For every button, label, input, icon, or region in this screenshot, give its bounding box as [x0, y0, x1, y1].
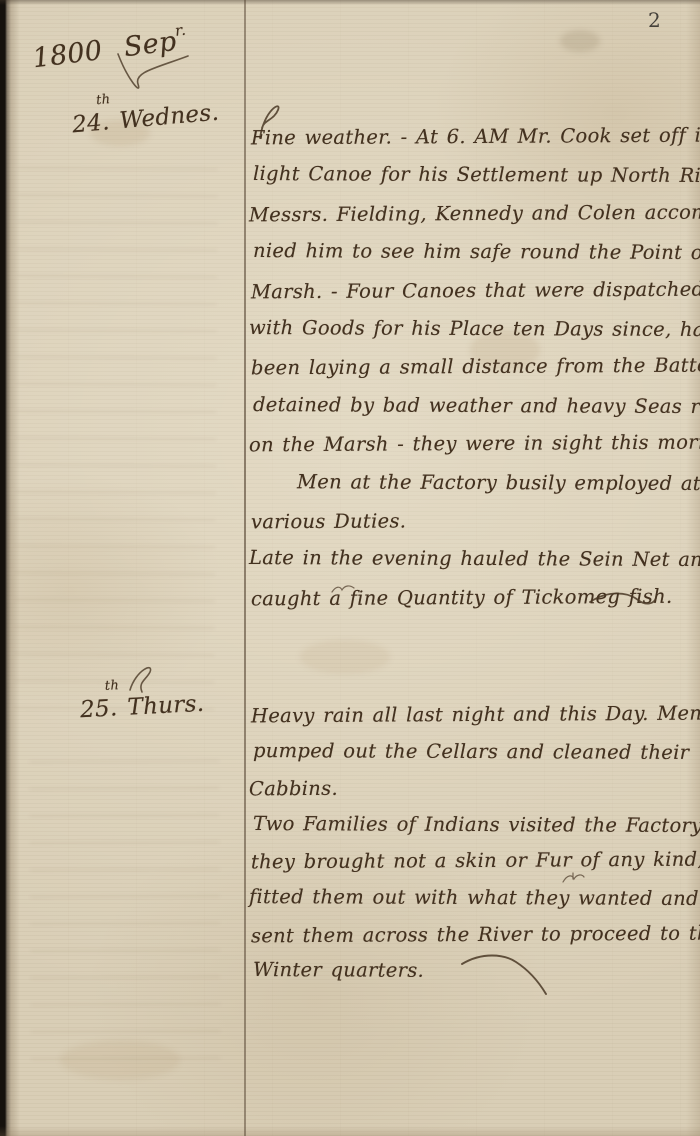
year-text: 1800 — [31, 35, 104, 74]
entry-line: Late in the evening hauled the Sein Net … — [249, 539, 697, 579]
entry-line: been laying a small distance from the Ba… — [251, 347, 697, 388]
page-top-edge — [0, 0, 700, 5]
entry-line: light Canoe for his Settlement up North … — [253, 155, 697, 195]
margin-rule-line — [244, 0, 246, 1136]
day-suffix: th — [104, 678, 119, 694]
entry-line: sent them across the River to proceed to… — [251, 915, 697, 954]
entry-line: caught a fine Quantity of Tickomeg fish. — [251, 578, 697, 619]
entry-line: Messrs. Fielding, Kennedy and Colen acco… — [249, 193, 697, 234]
entry-line: with Goods for his Place ten Days since,… — [249, 309, 697, 349]
journal-entry-sept25: Heavy rain all last night and this Day. … — [251, 697, 697, 990]
page-bottom-edge — [0, 1126, 700, 1136]
day-number: 25. — [79, 695, 118, 723]
manuscript-page: 2 1800Sepr. th 24.Wednes. Fine weather. … — [0, 0, 700, 1136]
day-suffix: th — [96, 92, 111, 108]
binding-edge-shadow — [0, 0, 20, 1136]
journal-entry-sept24: Fine weather. - At 6. AM Mr. Cook set of… — [251, 118, 697, 617]
entry-line: they brought not a skin or Fur of any ki… — [251, 842, 697, 881]
entry-date-24-wednesday: th 24.Wednes. — [71, 100, 220, 139]
paper-stain — [560, 30, 600, 52]
ink-bleed-through — [14, 149, 218, 710]
entry-line: various Duties. — [251, 501, 697, 542]
month-text: Sep — [122, 26, 178, 63]
entry-line: pumped out the Cellars and cleaned their — [253, 733, 697, 772]
entry-line: Fine weather. - At 6. AM Mr. Cook set of… — [251, 117, 697, 158]
page-number: 2 — [648, 8, 662, 32]
entry-line: Heavy rain all last night and this Day. … — [251, 696, 697, 735]
entry-line: nied him to see him safe round the Point… — [253, 232, 697, 272]
entry-line: Winter quarters. — [253, 952, 697, 991]
entry-line: Cabbins. — [249, 769, 697, 808]
entry-line: Two Families of Indians visited the Fact… — [253, 806, 697, 845]
weekday: Wednes. — [118, 100, 220, 135]
entry-line: on the Marsh - they were in sight this m… — [249, 424, 697, 465]
month-suffix: r. — [174, 21, 187, 40]
month-heading: 1800Sepr. — [30, 21, 189, 75]
entry-line: Men at the Factory busily employed at — [253, 463, 697, 503]
entry-date-25-thursday: th 25.Thurs. — [79, 691, 205, 723]
entry-line: detained by bad weather and heavy Seas r… — [253, 386, 697, 426]
paper-stain — [60, 1040, 180, 1080]
paper-stain — [300, 640, 390, 674]
entry-line: fitted them out with what they wanted an… — [249, 879, 697, 918]
entry-line: Marsh. - Four Canoes that were dispatche… — [251, 270, 697, 311]
weekday: Thurs. — [127, 691, 205, 721]
day-number: 24. — [71, 109, 111, 138]
ink-bleed-through — [29, 760, 221, 1061]
